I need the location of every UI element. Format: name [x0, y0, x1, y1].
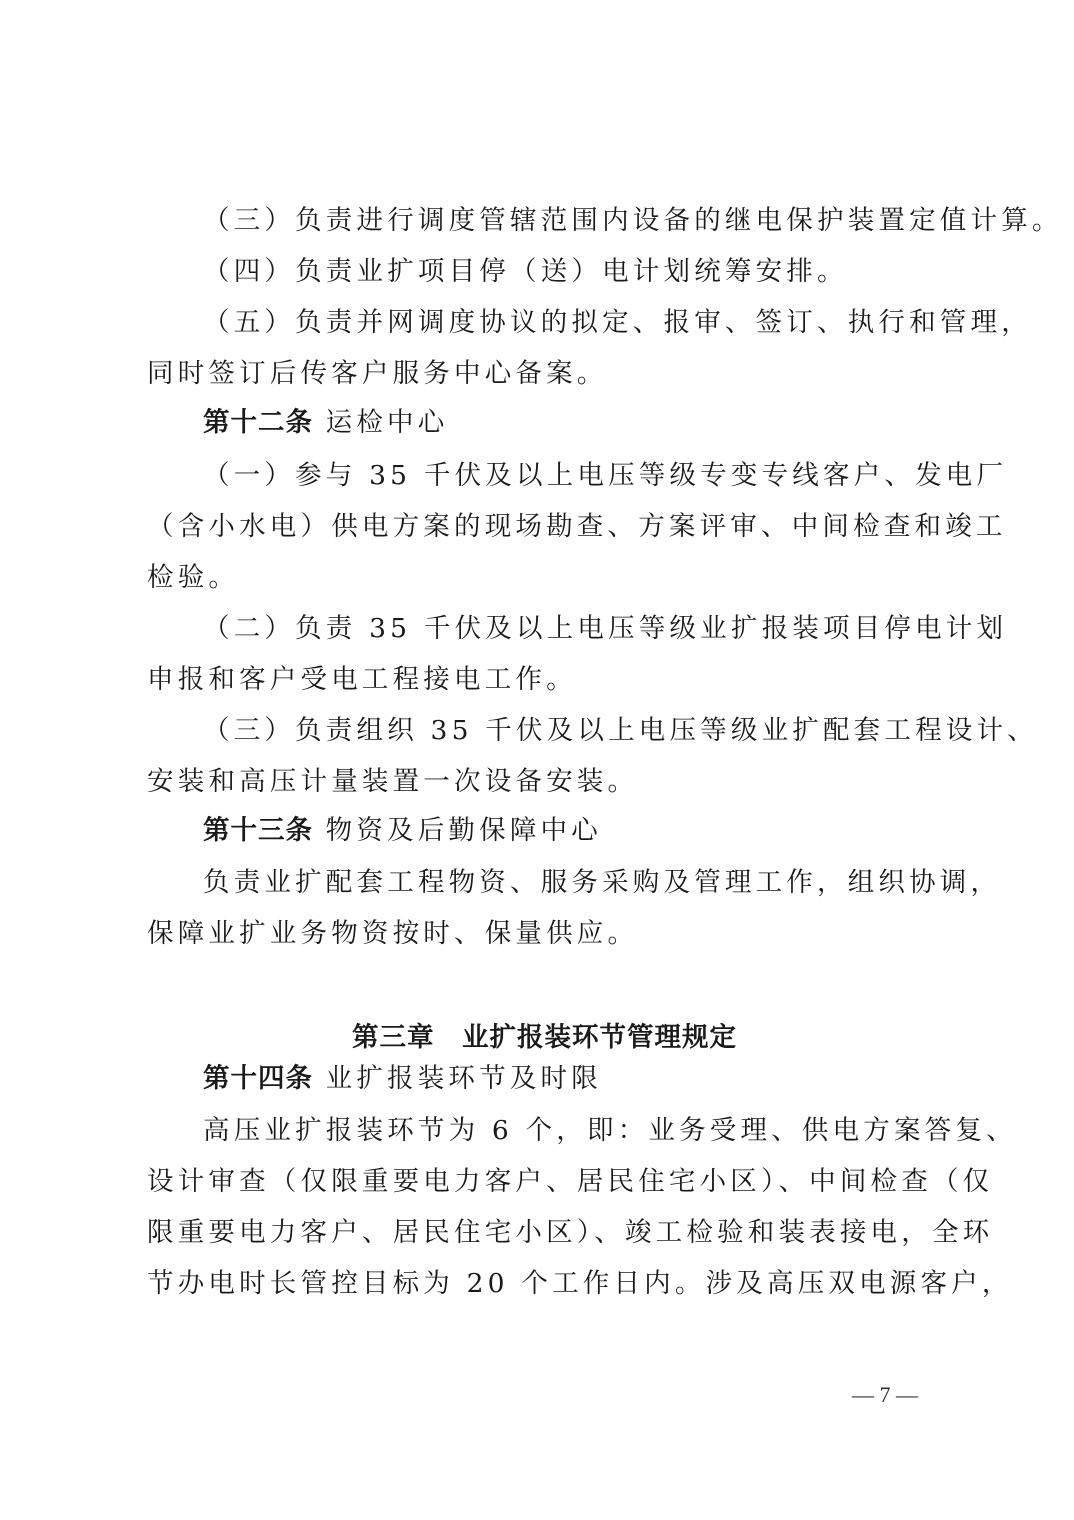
paragraph-line: 申报和客户受电工程接电工作。 [147, 667, 577, 694]
paragraph-line: 同时签订后传客户服务中心备案。 [147, 361, 608, 388]
paragraph-line: （一）参与 35 千伏及以上电压等级专变专线客户、发电厂 [203, 463, 1007, 490]
article-number: 第十四条 [203, 1063, 313, 1094]
paragraph-line: （四）负责业扩项目停（送）电计划统筹安排。 [203, 259, 848, 286]
paragraph-line: 检验。 [147, 565, 239, 592]
article-heading: 第十四条 业扩报装环节及时限 [203, 1066, 602, 1093]
paragraph-line: （三）负责组织 35 千伏及以上电压等级业扩配套工程设计、 [203, 718, 1038, 745]
paragraph-line: 限重要电力客户、居民住宅小区）、竣工检验和装表接电，全环 [147, 1220, 993, 1247]
paragraph-line: （二）负责 35 千伏及以上电压等级业扩报装项目停电计划 [203, 616, 1007, 643]
article-number: 第十二条 [203, 407, 313, 438]
article-number: 第十三条 [203, 815, 313, 846]
article-title: 业扩报装环节及时限 [326, 1063, 602, 1094]
paragraph-line: （三）负责进行调度管辖范围内设备的继电保护装置定值计算。 [203, 208, 1063, 235]
page-number: — 7 — [852, 1382, 918, 1408]
paragraph-line: （含小水电）供电方案的现场勘查、方案评审、中间检查和竣工 [147, 514, 1007, 541]
paragraph-line: 高压业扩报装环节为 6 个，即：业务受理、供电方案答复、 [203, 1118, 1017, 1145]
paragraph-line: 节办电时长管控目标为 20 个工作日内。涉及高压双电源客户， [147, 1271, 1013, 1298]
chapter-heading: 第三章 业扩报装环节管理规定 [147, 1015, 942, 1054]
paragraph-line: 安装和高压计量装置一次设备安装。 [147, 769, 638, 796]
paragraph-line: 设计审查（仅限重要电力客户、居民住宅小区）、中间检查（仅 [147, 1169, 993, 1196]
paragraph-line: 保障业扩业务物资按时、保量供应。 [147, 921, 638, 948]
article-title: 运检中心 [326, 407, 449, 438]
paragraph-line: 负责业扩配套工程物资、服务采购及管理工作，组织协调， [203, 870, 1001, 897]
article-heading: 第十三条 物资及后勤保障中心 [203, 818, 602, 845]
paragraph-line: （五）负责并网调度协议的拟定、报审、签订、执行和管理， [203, 310, 1032, 337]
article-title: 物资及后勤保障中心 [326, 815, 602, 846]
article-heading: 第十二条 运检中心 [203, 410, 448, 437]
